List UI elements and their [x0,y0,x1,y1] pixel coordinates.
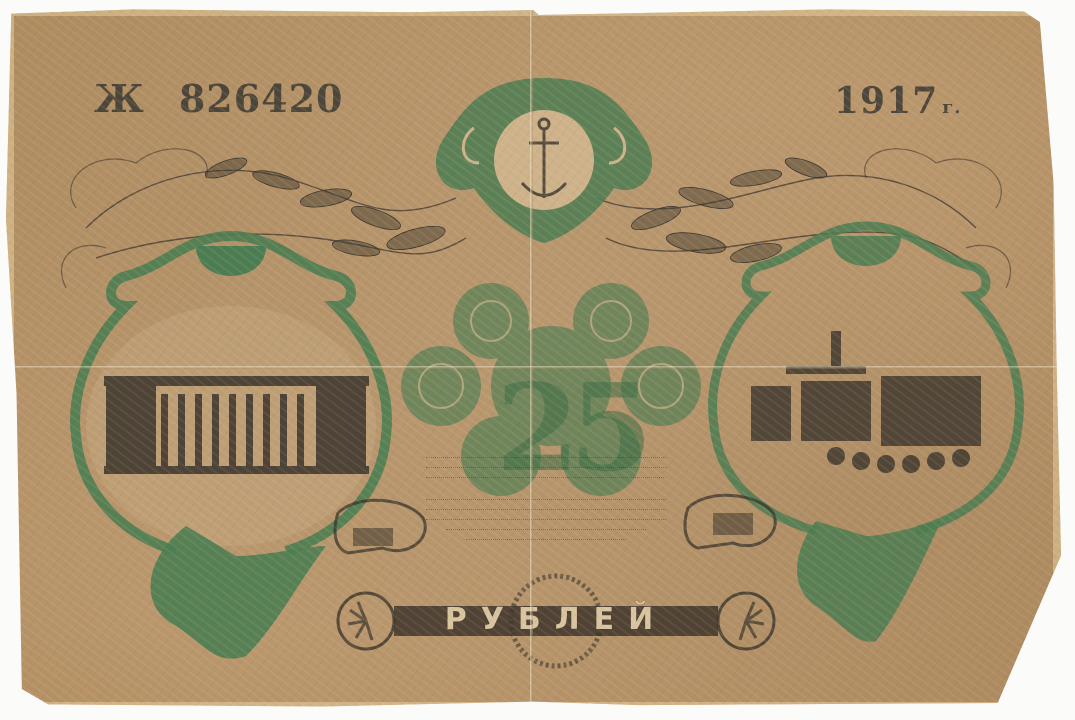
issue-year: 1917г. [834,80,962,122]
year-value: 1917 [834,80,938,122]
year-suffix: г. [942,97,961,118]
fine-print-block [426,448,666,540]
horizontal-fold [6,366,1061,369]
right-scroll-ornament [678,488,788,563]
anchor-emblem-icon [424,68,664,248]
denomination-band: РУБЛЕЙ [336,588,776,654]
banknote: Ж 826420 1917г. [6,8,1061,710]
series-letter: Ж [94,76,145,121]
serial-number: Ж 826420 [94,76,344,121]
vertical-fold [530,8,533,710]
serial-digits: 826420 [179,76,344,121]
denomination-word: РУБЛЕЙ [426,602,686,637]
left-scroll-ornament [328,493,438,568]
